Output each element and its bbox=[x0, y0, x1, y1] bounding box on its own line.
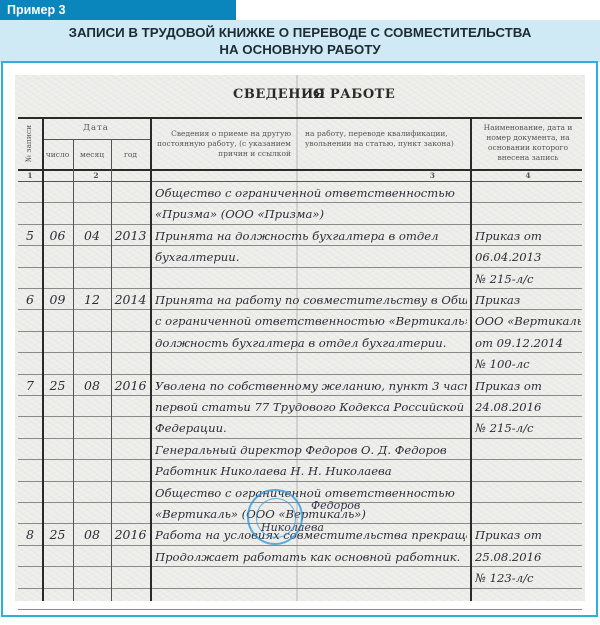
cell-entry-text: должность бухгалтера в отдел бухгалтерии… bbox=[155, 336, 467, 350]
cell-month: 04 bbox=[73, 229, 111, 243]
cell-year: 2014 bbox=[111, 293, 150, 307]
col-number-1: 1 bbox=[18, 171, 42, 181]
cell-document: № 123-л/с bbox=[475, 571, 581, 585]
company-stamp bbox=[247, 489, 303, 545]
col-number-3: 3 bbox=[155, 171, 435, 181]
cell-document: Приказ от bbox=[475, 528, 581, 542]
title-line-2: НА ОСНОВНУЮ РАБОТУ bbox=[0, 41, 600, 58]
cell-document: 06.04.2013 bbox=[475, 250, 581, 264]
column-rule bbox=[111, 139, 112, 601]
cell-no: 8 bbox=[18, 528, 42, 542]
cell-entry-text: Уволена по собственному желанию, пункт 3… bbox=[155, 379, 467, 393]
date-header: Дата bbox=[42, 123, 150, 133]
row-rule bbox=[18, 438, 582, 439]
title-line-1: ЗАПИСИ В ТРУДОВОЙ КНИЖКЕ О ПЕРЕВОДЕ С СО… bbox=[0, 24, 600, 41]
row-rule bbox=[18, 545, 582, 546]
document-frame: СВЕДЕНИЯ О РАБОТЕ № записи Дата число ме… bbox=[1, 61, 598, 617]
cell-entry-text: Продолжает работать как основной работни… bbox=[155, 550, 467, 564]
cell-year: 2016 bbox=[111, 528, 150, 542]
day-header: число bbox=[42, 150, 73, 160]
cell-entry-text: Общество с ограниченной ответственностью bbox=[155, 186, 467, 200]
year-header: год bbox=[111, 150, 150, 160]
record-no-header: № записи bbox=[18, 117, 40, 169]
row-rule bbox=[18, 288, 582, 289]
info-header-left: Сведения о приеме на другую постоянную р… bbox=[155, 129, 291, 159]
cell-entry-text: Принята на работу по совместительству в … bbox=[155, 293, 467, 307]
cell-document: Приказ bbox=[475, 293, 581, 307]
cell-month: 08 bbox=[73, 528, 111, 542]
cell-entry-text: Генеральный директор Федоров О. Д. Федор… bbox=[155, 443, 467, 457]
row-rule bbox=[18, 202, 582, 203]
cell-entry-text: Общество с ограниченной ответственностью bbox=[155, 486, 467, 500]
cell-entry-text: с ограниченной ответственностью «Вертика… bbox=[155, 314, 467, 328]
column-rule bbox=[150, 117, 152, 601]
example-tag: Пример 3 bbox=[0, 0, 236, 20]
cell-year: 2013 bbox=[111, 229, 150, 243]
row-rule bbox=[18, 566, 582, 567]
cell-document: ООО «Вертикаль» bbox=[475, 314, 581, 328]
cell-entry-text: бухгалтерии. bbox=[155, 250, 467, 264]
cell-day: 25 bbox=[42, 528, 73, 542]
header-top-rule bbox=[18, 117, 582, 119]
cell-day: 09 bbox=[42, 293, 73, 307]
row-rule bbox=[18, 588, 582, 589]
cell-month: 12 bbox=[73, 293, 111, 307]
row-rule bbox=[18, 352, 582, 353]
document-header: Наименование, дата и номер документа, на… bbox=[475, 123, 581, 163]
col-number-4: 4 bbox=[475, 171, 581, 181]
cell-entry-text: Федерации. bbox=[155, 421, 467, 435]
cell-document: № 215-л/с bbox=[475, 421, 581, 435]
row-rule bbox=[18, 331, 582, 332]
cell-document: Приказ от bbox=[475, 379, 581, 393]
col-number-2: 2 bbox=[42, 171, 150, 181]
month-header: месяц bbox=[73, 150, 111, 160]
cell-no: 6 bbox=[18, 293, 42, 307]
column-rule bbox=[73, 139, 74, 601]
row-rule bbox=[18, 416, 582, 417]
row-rule bbox=[18, 267, 582, 268]
cell-entry-text: «Призма» (ООО «Призма») bbox=[155, 207, 467, 221]
row-rule bbox=[18, 309, 582, 310]
row-rule bbox=[18, 609, 582, 610]
cell-year: 2016 bbox=[111, 379, 150, 393]
row-rule bbox=[18, 502, 582, 503]
cell-entry-text: Принята на должность бухгалтера в отдел bbox=[155, 229, 467, 243]
row-rule bbox=[18, 395, 582, 396]
date-subheader-rule bbox=[42, 139, 150, 140]
column-rule bbox=[470, 117, 472, 601]
row-rule bbox=[18, 481, 582, 482]
row-rule bbox=[18, 224, 582, 225]
cell-document: Приказ от bbox=[475, 229, 581, 243]
cell-no: 5 bbox=[18, 229, 42, 243]
column-number-rule bbox=[18, 181, 582, 182]
employee-signature: Николаева bbox=[261, 521, 324, 534]
cell-no: 7 bbox=[18, 379, 42, 393]
cell-day: 25 bbox=[42, 379, 73, 393]
info-header-right: на работу, переводе квалификации, увольн… bbox=[305, 129, 455, 149]
cell-entry-text: Работник Николаева Н. Н. Николаева bbox=[155, 464, 467, 478]
column-rule bbox=[42, 117, 44, 601]
cell-document: № 215-л/с bbox=[475, 272, 581, 286]
cell-document: от 09.12.2014 bbox=[475, 336, 581, 350]
cell-document: 24.08.2016 bbox=[475, 400, 581, 414]
cell-month: 08 bbox=[73, 379, 111, 393]
section-title-left: СВЕДЕНИЯ bbox=[233, 87, 326, 102]
row-rule bbox=[18, 374, 582, 375]
work-book-page: СВЕДЕНИЯ О РАБОТЕ № записи Дата число ме… bbox=[15, 75, 585, 601]
cell-document: № 100-лс bbox=[475, 357, 581, 371]
cell-day: 06 bbox=[42, 229, 73, 243]
cell-document: 25.08.2016 bbox=[475, 550, 581, 564]
cell-entry-text: первой статьи 77 Трудового Кодекса Росси… bbox=[155, 400, 467, 414]
page-title: ЗАПИСИ В ТРУДОВОЙ КНИЖКЕ О ПЕРЕВОДЕ С СО… bbox=[0, 20, 600, 62]
director-signature: Федоров bbox=[311, 499, 360, 512]
row-rule bbox=[18, 245, 582, 246]
section-title-right: О РАБОТЕ bbox=[313, 87, 395, 102]
row-rule bbox=[18, 459, 582, 460]
